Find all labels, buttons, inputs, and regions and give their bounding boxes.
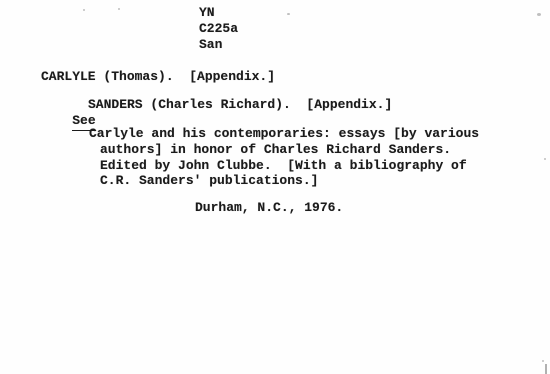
note-line-3: Edited by John Clubbe. [With a bibliogra…: [100, 158, 467, 174]
call-number-line-3: San: [199, 37, 222, 53]
call-number-line-2: C225a: [199, 21, 238, 37]
note-line-4: C.R. Sanders' publications.]: [100, 173, 318, 189]
scan-speck: [287, 13, 290, 15]
catalog-card: YN C225a San CARLYLE (Thomas). [Appendix…: [0, 0, 550, 374]
scan-edge-mark: [545, 364, 547, 374]
scan-speck: [542, 360, 544, 362]
scan-speck: [83, 9, 85, 11]
see-reference-target: SANDERS (Charles Richard). [Appendix.]: [88, 97, 392, 113]
scan-speck: [118, 8, 120, 10]
note-line-2: authors] in honor of Charles Richard San…: [100, 142, 451, 158]
heading-entry: CARLYLE (Thomas). [Appendix.]: [41, 69, 275, 85]
imprint-line: Durham, N.C., 1976.: [195, 200, 343, 216]
note-line-1: Carlyle and his contemporaries: essays […: [89, 126, 479, 142]
call-number-line-1: YN: [199, 5, 215, 21]
scan-speck: [537, 13, 541, 16]
scan-speck: [544, 158, 546, 160]
